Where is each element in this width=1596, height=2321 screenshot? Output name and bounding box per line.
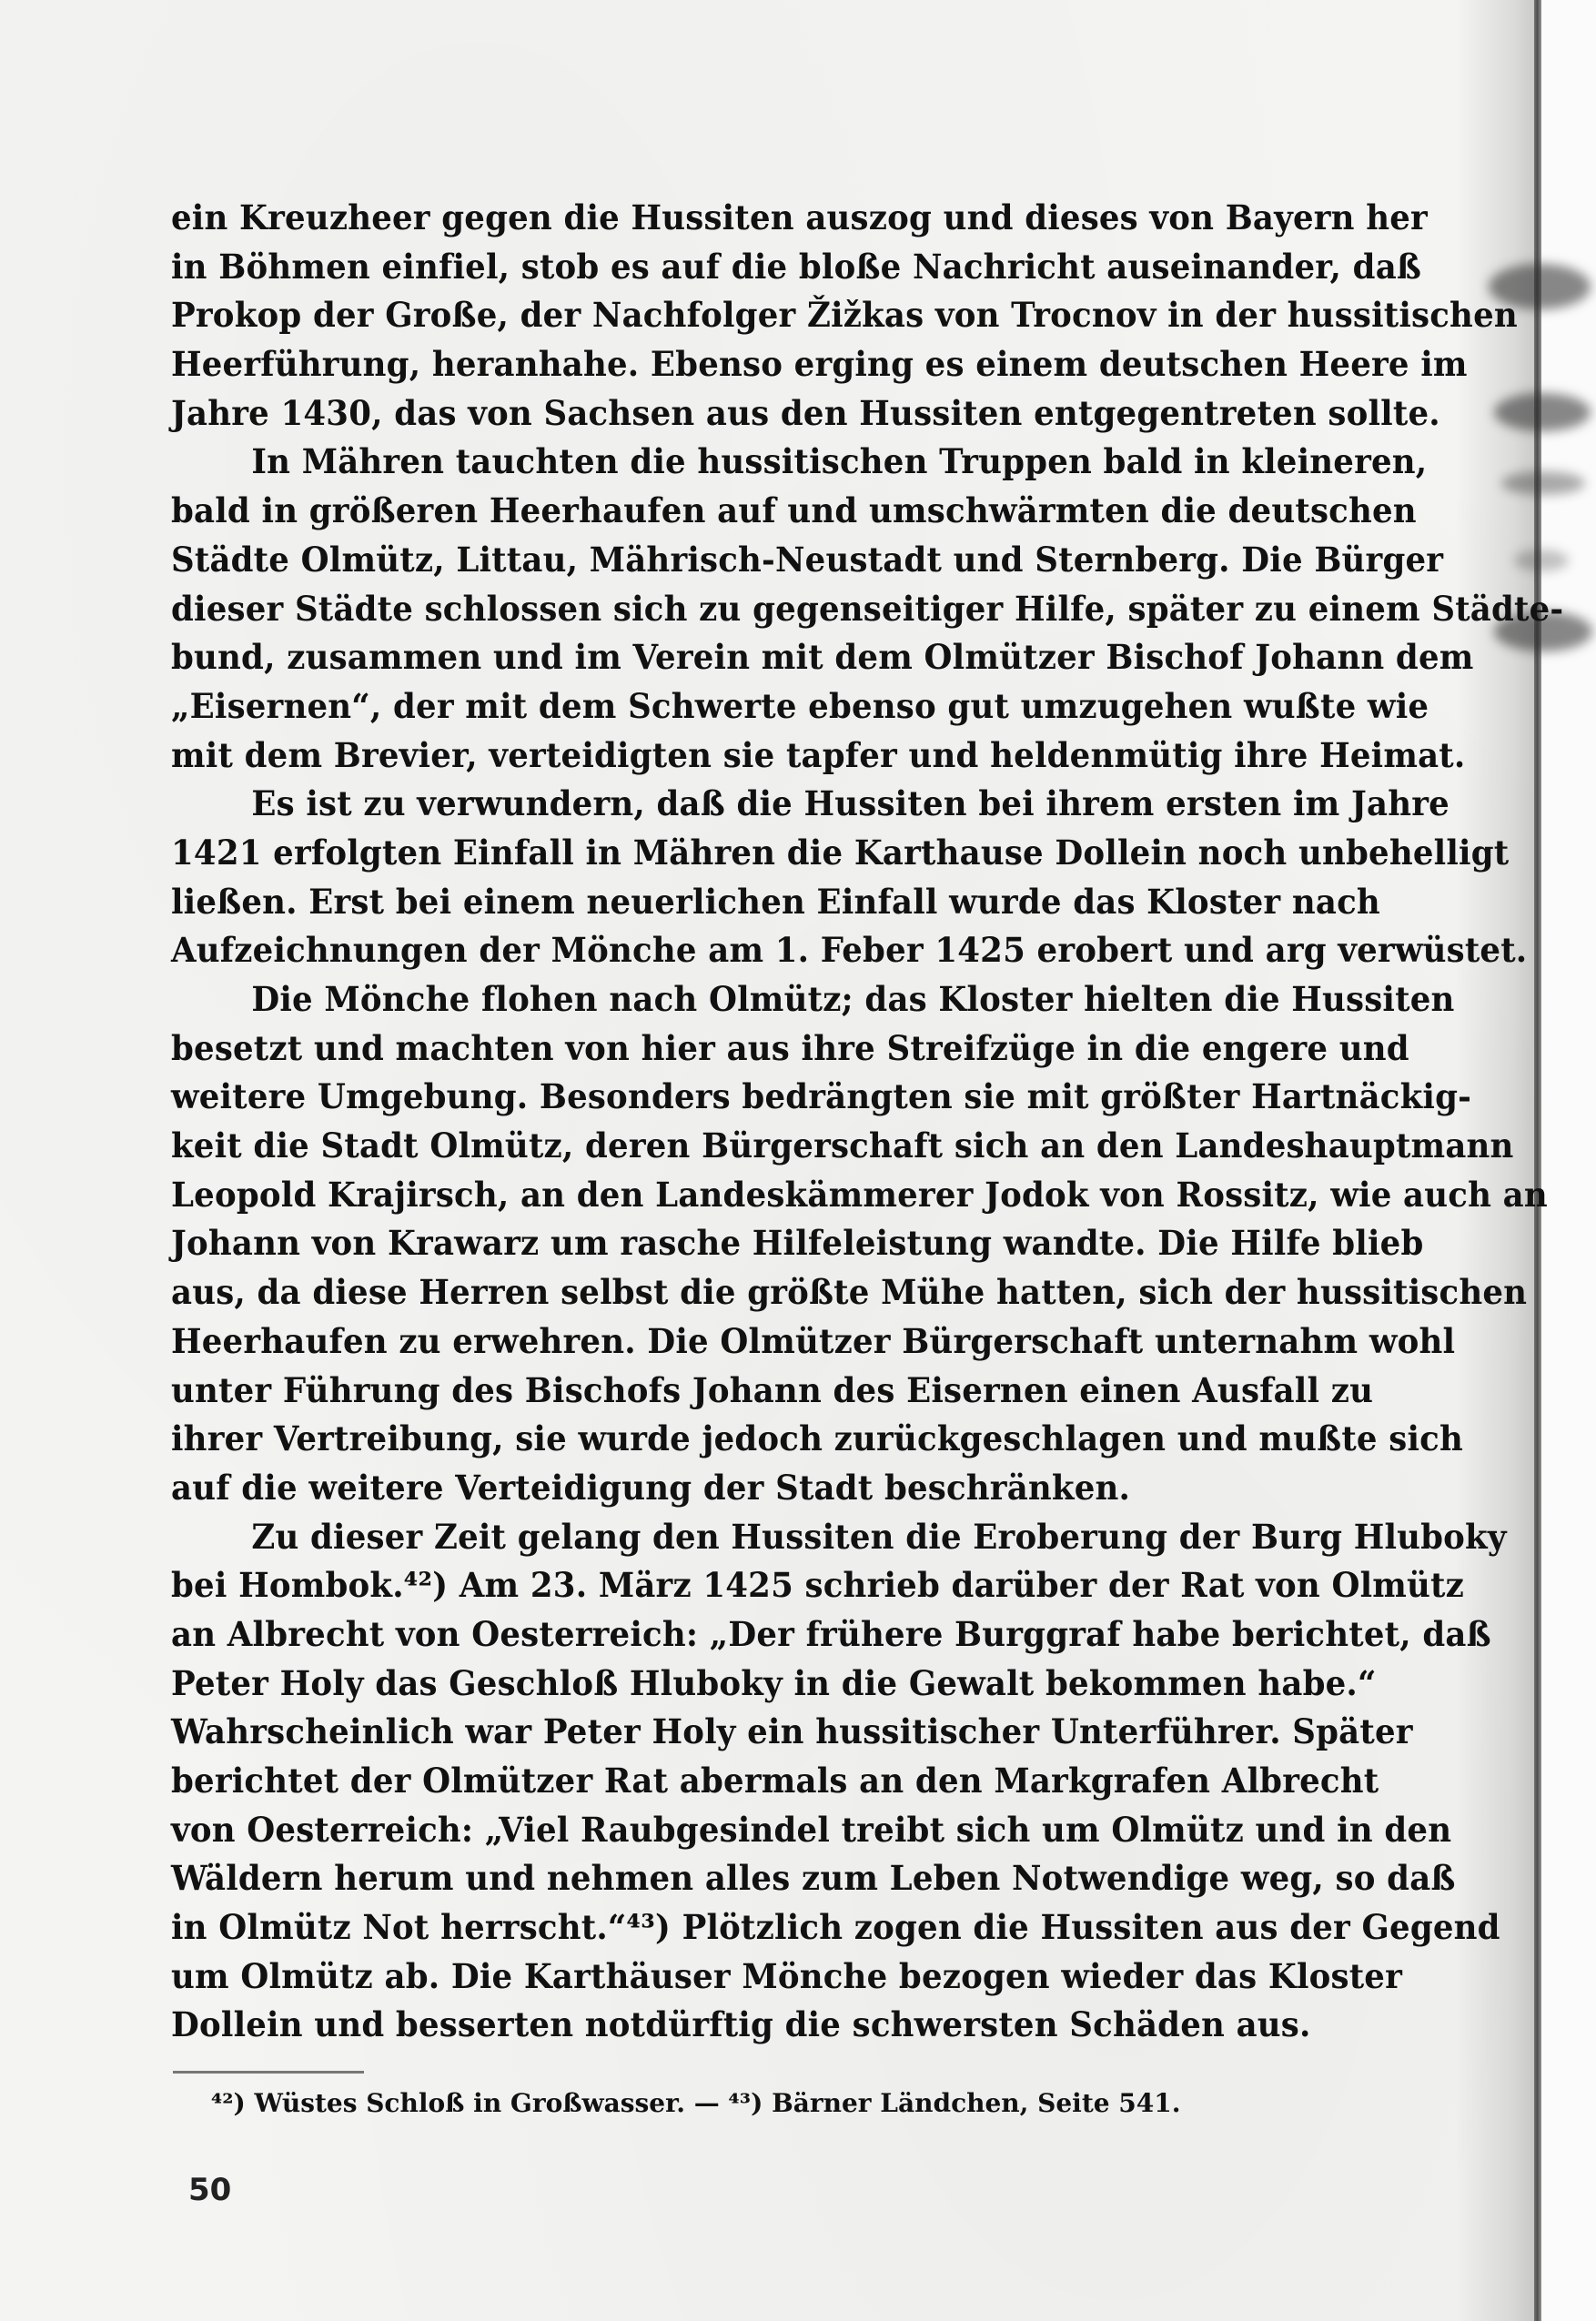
text-line: Zu dieser Zeit gelang den Hussiten die E… [171, 1513, 1324, 1562]
text-line: ihrer Vertreibung, sie wurde jedoch zurü… [171, 1415, 1324, 1464]
paragraph: Zu dieser Zeit gelang den Hussiten die E… [171, 1513, 1372, 2051]
binding-blot [1501, 471, 1585, 495]
text-line: dieser Städte schlossen sich zu gegensei… [171, 585, 1324, 634]
text-line: bei Hombok.⁴²) Am 23. März 1425 schrieb … [171, 1561, 1324, 1610]
binding-blot [1514, 550, 1569, 571]
text-line: keit die Stadt Olmütz, deren Bürgerschaf… [171, 1122, 1324, 1171]
text-line: an Albrecht von Oesterreich: „Der früher… [171, 1610, 1324, 1660]
paragraph: Die Mönche flohen nach Olmütz; das Klost… [171, 975, 1372, 1513]
text-line: ließen. Erst bei einem neuerlichen Einfa… [171, 878, 1324, 927]
text-line: Es ist zu verwundern, daß die Hussiten b… [171, 780, 1324, 829]
text-line: in Olmütz Not herrscht.“⁴³) Plötzlich zo… [171, 1903, 1324, 1953]
paragraph: In Mähren tauchten die hussitischen Trup… [171, 438, 1372, 780]
text-line: besetzt und machten von hier aus ihre St… [171, 1024, 1324, 1074]
text-line: von Oesterreich: „Viel Raubgesindel trei… [171, 1806, 1324, 1855]
text-line: Jahre 1430, das von Sachsen aus den Huss… [171, 389, 1324, 439]
text-line: 1421 erfolgten Einfall in Mähren die Kar… [171, 829, 1324, 878]
paragraph: ein Kreuzheer gegen die Hussiten auszog … [171, 194, 1372, 438]
text-line: um Olmütz ab. Die Karthäuser Mönche bezo… [171, 1953, 1324, 2002]
text-line: unter Führung des Bischofs Johann des Ei… [171, 1367, 1324, 1416]
text-line: weitere Umgebung. Besonders bedrängten s… [171, 1073, 1324, 1122]
text-line: ein Kreuzheer gegen die Hussiten auszog … [171, 194, 1324, 243]
footnote-separator [173, 2071, 364, 2074]
text-line: Peter Holy das Geschloß Hluboky in die G… [171, 1660, 1324, 1709]
text-line: Wäldern herum und nehmen alles zum Leben… [171, 1854, 1324, 1903]
text-line: bald in größeren Heerhaufen auf und umsc… [171, 487, 1324, 536]
text-line: Prokop der Große, der Nachfolger Žižkas … [171, 291, 1324, 340]
text-line: bund, zusammen und im Verein mit dem Olm… [171, 633, 1324, 682]
text-line: Städte Olmütz, Littau, Mährisch-Neustadt… [171, 536, 1324, 585]
text-line: Aufzeichnungen der Mönche am 1. Feber 14… [171, 926, 1324, 975]
text-line: Dollein und besserten notdürftig die sch… [171, 2001, 1324, 2050]
binding-blot [1494, 393, 1591, 431]
text-line: auf die weitere Verteidigung der Stadt b… [171, 1464, 1324, 1513]
paragraph: Es ist zu verwundern, daß die Hussiten b… [171, 780, 1372, 975]
text-line: Leopold Krajirsch, an den Landeskämmerer… [171, 1171, 1324, 1220]
body-text: ein Kreuzheer gegen die Hussiten auszog … [171, 194, 1372, 2050]
text-line: berichtet der Olmützer Rat abermals an d… [171, 1757, 1324, 1806]
book-spine [1534, 0, 1541, 2321]
text-line: Wahrscheinlich war Peter Holy ein hussit… [171, 1708, 1324, 1757]
page-number: 50 [188, 2172, 231, 2208]
text-line: aus, da diese Herren selbst die größte M… [171, 1268, 1324, 1317]
text-line: Heerhaufen zu erwehren. Die Olmützer Bür… [171, 1317, 1324, 1367]
footnotes: ⁴²) Wüstes Schloß in Großwasser. — ⁴³) B… [211, 2088, 1303, 2118]
adjacent-page-edge [1541, 0, 1596, 2321]
text-line: Johann von Krawarz um rasche Hilfeleistu… [171, 1219, 1324, 1268]
text-line: in Böhmen einfiel, stob es auf die bloße… [171, 243, 1324, 292]
text-line: „Eisernen“, der mit dem Schwerte ebenso … [171, 682, 1324, 732]
text-line: mit dem Brevier, verteidigten sie tapfer… [171, 732, 1324, 781]
text-line: In Mähren tauchten die hussitischen Trup… [171, 438, 1324, 487]
text-line: Die Mönche flohen nach Olmütz; das Klost… [171, 975, 1324, 1024]
text-line: Heerführung, heranhahe. Ebenso erging es… [171, 340, 1324, 389]
